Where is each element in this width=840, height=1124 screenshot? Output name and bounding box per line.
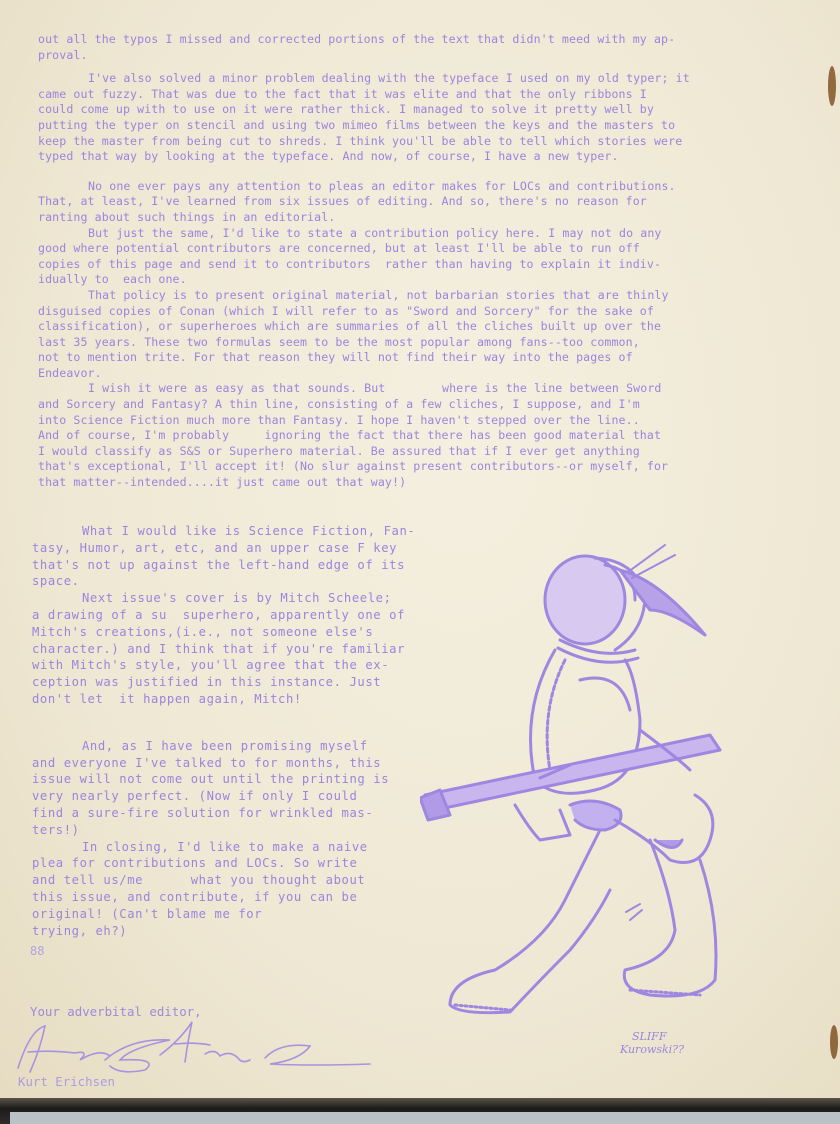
text-line: classification), or superheroes which ar…	[38, 319, 690, 335]
text-line: very nearly perfect. (Now if only I coul…	[32, 788, 415, 805]
text-line: I've also solved a minor problem dealing…	[38, 71, 690, 87]
artist-credit-line2: Kurowski??	[620, 1043, 684, 1056]
text-line: find a sure-fire solution for wrinkled m…	[32, 805, 415, 822]
text-line: But just the same, I'd like to state a c…	[38, 226, 690, 242]
text-line: I would classify as S&S or Superhero mat…	[38, 444, 690, 460]
text-line: proval.	[38, 48, 690, 64]
text-line: Next issue's cover is by Mitch Scheele;	[32, 590, 415, 607]
handwritten-signature	[10, 1020, 390, 1080]
text-line: original! (Can't blame me for	[32, 906, 415, 923]
text-line: That, at least, I've learned from six is…	[38, 194, 690, 210]
text-line: and everyone I've talked to for months, …	[32, 755, 415, 772]
text-line: issue will not come out until the printi…	[32, 771, 415, 788]
text-line: In closing, I'd like to make a naive	[32, 839, 415, 856]
text-line: Mitch's creations,(i.e., not someone els…	[32, 624, 415, 641]
text-line: And, as I have been promising myself	[32, 738, 415, 755]
text-line: putting the typer on stencil and using t…	[38, 118, 690, 134]
text-line: out all the typos I missed and corrected…	[38, 32, 690, 48]
text-line: copies of this page and send it to contr…	[38, 257, 690, 273]
text-line: a drawing of a su superhero, apparently …	[32, 607, 415, 624]
scan-background-strip	[10, 1112, 840, 1124]
text-line: I wish it were as easy as that sounds. B…	[38, 381, 690, 397]
staple-stain-top	[828, 66, 836, 106]
text-line: ters!)	[32, 822, 415, 839]
editorial-column-text: What I would like is Science Fiction, Fa…	[32, 523, 415, 939]
text-line: And of course, I'm probably ignoring the…	[38, 428, 690, 444]
zine-page: out all the typos I missed and corrected…	[0, 0, 840, 1098]
text-line: No one ever pays any attention to pleas …	[38, 179, 690, 195]
text-line: tasy, Humor, art, etc, and an upper case…	[32, 540, 415, 557]
text-line: good where potential contributors are co…	[38, 241, 690, 257]
text-line: last 35 years. These two formulas seem t…	[38, 335, 690, 351]
text-line: not to mention trite. For that reason th…	[38, 350, 690, 366]
text-line: and tell us/me what you thought about	[32, 872, 415, 889]
editorial-body-text: out all the typos I missed and corrected…	[38, 32, 690, 491]
text-line: That policy is to present original mater…	[38, 288, 690, 304]
text-line: idually to each one.	[38, 272, 690, 288]
page-number: 88	[30, 944, 44, 958]
text-line: don't let it happen again, Mitch!	[32, 691, 415, 708]
artist-credit-line1: SLIFF	[620, 1030, 684, 1043]
text-line: and Sorcery and Fantasy? A thin line, co…	[38, 397, 690, 413]
text-line: this issue, and contribute, if you can b…	[32, 889, 415, 906]
closing-salutation: Your adverbital editor,	[30, 1004, 202, 1019]
text-line: could come up with to use on it were rat…	[38, 102, 690, 118]
text-line: plea for contributions and LOCs. So writ…	[32, 855, 415, 872]
text-line: ception was justified in this instance. …	[32, 674, 415, 691]
spaceman-illustration	[420, 540, 840, 1060]
paragraph-gap	[38, 63, 690, 71]
text-line: that matter--intended....it just came ou…	[38, 475, 690, 491]
text-line: came out fuzzy. That was due to the fact…	[38, 87, 690, 103]
editor-name: Kurt Erichsen	[18, 1074, 115, 1089]
text-line: that's exceptional, I'll accept it! (No …	[38, 459, 690, 475]
text-line: keep the master from being cut to shreds…	[38, 134, 690, 150]
paragraph-gap	[38, 165, 690, 179]
text-line: Endeavor.	[38, 366, 690, 382]
illustration-artist-credit: SLIFF Kurowski??	[620, 1030, 684, 1056]
text-line: that's not up against the left-hand edge…	[32, 557, 415, 574]
text-line: into Science Fiction much more than Fant…	[38, 413, 690, 429]
text-line: typed that way by looking at the typefac…	[38, 149, 690, 165]
text-line: character.) and I think that if you're f…	[32, 641, 415, 658]
text-line: with Mitch's style, you'll agree that th…	[32, 657, 415, 674]
text-line: What I would like is Science Fiction, Fa…	[32, 523, 415, 540]
text-line: trying, eh?)	[32, 923, 415, 940]
text-line: ranting about such things in an editoria…	[38, 210, 690, 226]
text-line: disguised copies of Conan (which I will …	[38, 304, 690, 320]
text-line: space.	[32, 573, 415, 590]
paragraph-gap	[32, 708, 415, 738]
